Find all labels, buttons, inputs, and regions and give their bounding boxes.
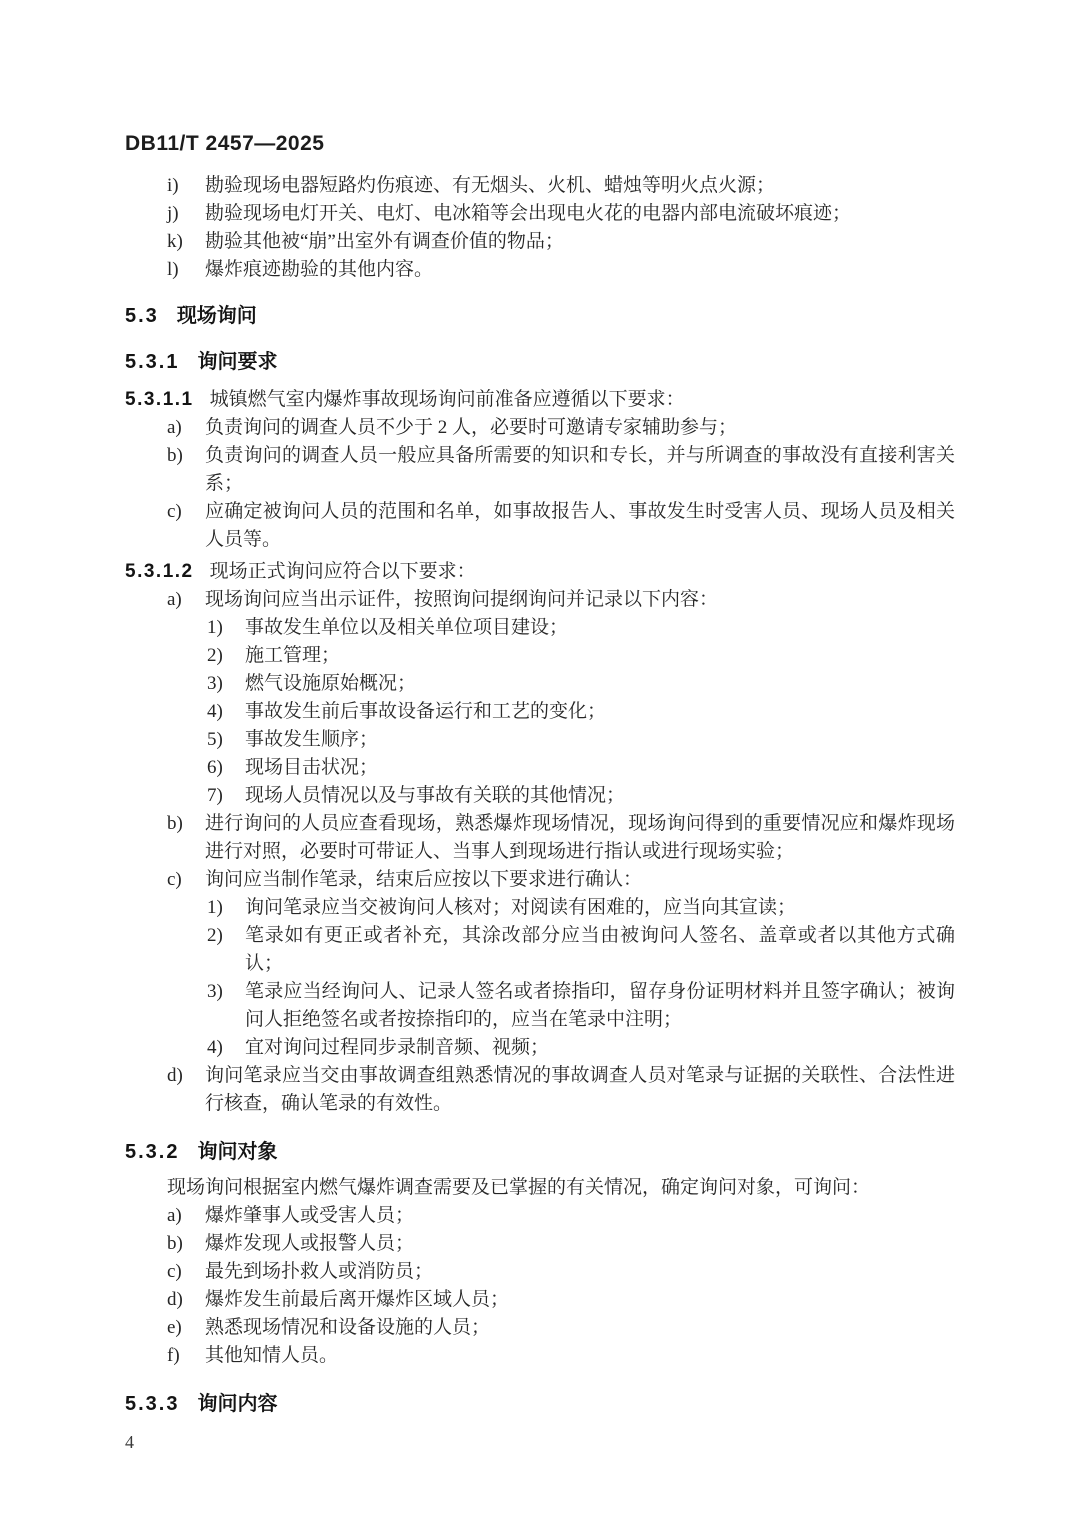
section-heading-5-3-1: 5.3.1询问要求 [125,348,955,376]
sub-item-text: 询问笔录应当交被询问人核对；对阅读有困难的，应当向其宣读； [245,897,796,918]
sub-item-label: 5) [207,726,223,754]
sub-item-text: 事故发生前后事故设备运行和工艺的变化； [245,701,606,722]
list-item-label: d) [167,1286,183,1314]
list-item-label: a) [167,1202,182,1230]
page-content: DB11/T 2457—2025 i) 勘验现场电器短路灼伤痕迹、有无烟头、火机… [125,0,955,1454]
sub-item-3: 3) 笔录应当经询问人、记录人签名或者捺指印，留存身份证明材料并且签字确认；被询… [125,978,955,1034]
list-item-k: k) 勘验其他被“崩”出室外有调查价值的物品； [125,228,955,256]
sub-item-1: 1) 事故发生单位以及相关单位项目建设； [125,614,955,642]
clause-5-3-1-1: 5.3.1.1城镇燃气室内爆炸事故现场询问前准备应遵循以下要求： [125,386,955,414]
sub-item-3: 3) 燃气设施原始概况； [125,670,955,698]
section-number: 5.3.1 [125,351,179,373]
list-item-c: c) 询问应当制作笔录，结束后应按以下要求进行确认： [125,866,955,894]
section-number: 5.3.2 [125,1141,179,1163]
list-item-label: f) [167,1342,180,1370]
clause-5-3-1-2: 5.3.1.2现场正式询问应符合以下要求： [125,558,955,586]
interview-subjects-list: a) 爆炸肇事人或受害人员； b) 爆炸发现人或报警人员； c) 最先到场扑救人… [125,1202,955,1370]
sub-item-2: 2) 笔录如有更正或者补充，其涂改部分应当由被询问人签名、盖章或者以其他方式确认… [125,922,955,978]
sub-item-label: 4) [207,698,223,726]
sub-item-label: 6) [207,754,223,782]
list-item-text: 进行询问的人员应查看现场，熟悉爆炸现场情况，现场询问得到的重要情况应和爆炸现场进… [205,813,955,862]
list-item-text: 勘验其他被“崩”出室外有调查价值的物品； [205,231,564,252]
list-item-label: l) [167,256,179,284]
sub-item-text: 施工管理； [245,645,340,666]
list-item-label: e) [167,1314,182,1342]
document-page: DB11/T 2457—2025 i) 勘验现场电器短路灼伤痕迹、有无烟头、火机… [0,0,1080,1527]
clause-number: 5.3.1.1 [125,389,194,410]
section-title: 询问要求 [197,351,277,373]
list-item-label: b) [167,1230,183,1258]
list-item-text: 询问笔录应当交由事故调查组熟悉情况的事故调查人员对笔录与证据的关联性、合法性进行… [205,1065,955,1114]
list-item-text: 爆炸肇事人或受害人员； [205,1205,414,1226]
sub-item-label: 2) [207,922,223,950]
sub-item-text: 宜对询问过程同步录制音频、视频； [245,1037,549,1058]
sub-item-4: 4) 事故发生前后事故设备运行和工艺的变化； [125,698,955,726]
list-item-d: d) 爆炸发生前最后离开爆炸区域人员； [125,1286,955,1314]
list-item-b: b) 负责询问的调查人员一般应具备所需要的知识和专长，并与所调查的事故没有直接利… [125,442,955,498]
sub-item-label: 1) [207,614,223,642]
clause-number: 5.3.1.2 [125,561,194,582]
list-item-label: c) [167,1258,182,1286]
list-item-a: a) 现场询问应当出示证件，按照询问提纲询问并记录以下内容： [125,586,955,614]
section-title: 询问对象 [197,1141,277,1163]
list-item-label: c) [167,498,182,526]
sub-item-text: 笔录如有更正或者补充，其涂改部分应当由被询问人签名、盖章或者以其他方式确认； [245,925,955,974]
clause-5-3-1-1-list: a) 负责询问的调查人员不少于 2 人，必要时可邀请专家辅助参与； b) 负责询… [125,414,955,554]
sub-item-label: 1) [207,894,223,922]
sub-item-text: 现场人员情况以及与事故有关联的其他情况； [245,785,625,806]
sub-item-label: 4) [207,1034,223,1062]
list-item-label: d) [167,1062,183,1090]
section-number: 5.3.3 [125,1393,179,1415]
list-item-label: j) [167,200,179,228]
sub-item-text: 事故发生单位以及相关单位项目建设； [245,617,568,638]
section-title: 现场询问 [177,305,257,327]
list-item-label: a) [167,586,182,614]
list-item-text: 勘验现场电灯开关、电灯、电冰箱等会出现电火花的电器内部电流破坏痕迹； [205,203,851,224]
sub-item-text: 燃气设施原始概况； [245,673,416,694]
sub-item-label: 3) [207,670,223,698]
list-item-c: c) 应确定被询问人员的范围和名单，如事故报告人、事故发生时受害人员、现场人员及… [125,498,955,554]
list-item-text: 熟悉现场情况和设备设施的人员； [205,1317,490,1338]
list-item-e: e) 熟悉现场情况和设备设施的人员； [125,1314,955,1342]
list-item-c: c) 最先到场扑救人或消防员； [125,1258,955,1286]
sub-item-4: 4) 宜对询问过程同步录制音频、视频； [125,1034,955,1062]
section-heading-5-3-3: 5.3.3询问内容 [125,1390,955,1418]
clause-text: 城镇燃气室内爆炸事故现场询问前准备应遵循以下要求： [210,389,685,410]
inspection-items-list: i) 勘验现场电器短路灼伤痕迹、有无烟头、火机、蜡烛等明火点火源； j) 勘验现… [125,172,955,284]
list-item-label: k) [167,228,183,256]
sub-item-text: 笔录应当经询问人、记录人签名或者捺指印，留存身份证明材料并且签字确认；被询问人拒… [245,981,955,1030]
list-item-label: b) [167,810,183,838]
list-item-a: a) 负责询问的调查人员不少于 2 人，必要时可邀请专家辅助参与； [125,414,955,442]
section-title: 询问内容 [197,1393,277,1415]
sub-item-6: 6) 现场目击状况； [125,754,955,782]
list-item-text: 负责询问的调查人员不少于 2 人，必要时可邀请专家辅助参与； [205,417,737,438]
list-item-text: 询问应当制作笔录，结束后应按以下要求进行确认： [205,869,642,890]
section-heading-5-3: 5.3现场询问 [125,302,955,330]
sub-item-1: 1) 询问笔录应当交被询问人核对；对阅读有困难的，应当向其宣读； [125,894,955,922]
sub-item-label: 2) [207,642,223,670]
sub-item-7: 7) 现场人员情况以及与事故有关联的其他情况； [125,782,955,810]
list-item-j: j) 勘验现场电灯开关、电灯、电冰箱等会出现电火花的电器内部电流破坏痕迹； [125,200,955,228]
list-item-text: 应确定被询问人员的范围和名单，如事故报告人、事故发生时受害人员、现场人员及相关人… [205,501,955,550]
section-5-3-2-intro: 现场询问根据室内燃气爆炸调查需要及已掌握的有关情况，确定询问对象，可询问： [125,1174,955,1202]
sub-item-label: 3) [207,978,223,1006]
document-code: DB11/T 2457—2025 [125,132,955,156]
list-item-text: 勘验现场电器短路灼伤痕迹、有无烟头、火机、蜡烛等明火点火源； [205,175,775,196]
list-item-i: i) 勘验现场电器短路灼伤痕迹、有无烟头、火机、蜡烛等明火点火源； [125,172,955,200]
sub-item-text: 现场目击状况； [245,757,378,778]
list-item-f: f) 其他知情人员。 [125,1342,955,1370]
list-item-text: 爆炸发生前最后离开爆炸区域人员； [205,1289,509,1310]
list-item-b: b) 进行询问的人员应查看现场，熟悉爆炸现场情况，现场询问得到的重要情况应和爆炸… [125,810,955,866]
section-heading-5-3-2: 5.3.2询问对象 [125,1138,955,1166]
list-item-label: c) [167,866,182,894]
sub-item-label: 7) [207,782,223,810]
clause-5-3-1-2-list: a) 现场询问应当出示证件，按照询问提纲询问并记录以下内容： 1) 事故发生单位… [125,586,955,1118]
section-number: 5.3 [125,305,159,327]
list-item-text: 负责询问的调查人员一般应具备所需要的知识和专长，并与所调查的事故没有直接利害关系… [205,445,955,494]
list-item-l: l) 爆炸痕迹勘验的其他内容。 [125,256,955,284]
list-item-text: 爆炸痕迹勘验的其他内容。 [205,259,433,280]
list-item-label: a) [167,414,182,442]
list-item-text: 其他知情人员。 [205,1345,338,1366]
list-item-label: i) [167,172,179,200]
list-item-text: 现场询问应当出示证件，按照询问提纲询问并记录以下内容： [205,589,718,610]
list-item-b: b) 爆炸发现人或报警人员； [125,1230,955,1258]
clause-text: 现场正式询问应符合以下要求： [210,561,476,582]
sub-item-5: 5) 事故发生顺序； [125,726,955,754]
sub-item-text: 事故发生顺序； [245,729,378,750]
list-item-text: 最先到场扑救人或消防员； [205,1261,433,1282]
page-number: 4 [125,1430,955,1454]
list-item-d: d) 询问笔录应当交由事故调查组熟悉情况的事故调查人员对笔录与证据的关联性、合法… [125,1062,955,1118]
list-item-text: 爆炸发现人或报警人员； [205,1233,414,1254]
sub-item-2: 2) 施工管理； [125,642,955,670]
list-item-label: b) [167,442,183,470]
list-item-a: a) 爆炸肇事人或受害人员； [125,1202,955,1230]
